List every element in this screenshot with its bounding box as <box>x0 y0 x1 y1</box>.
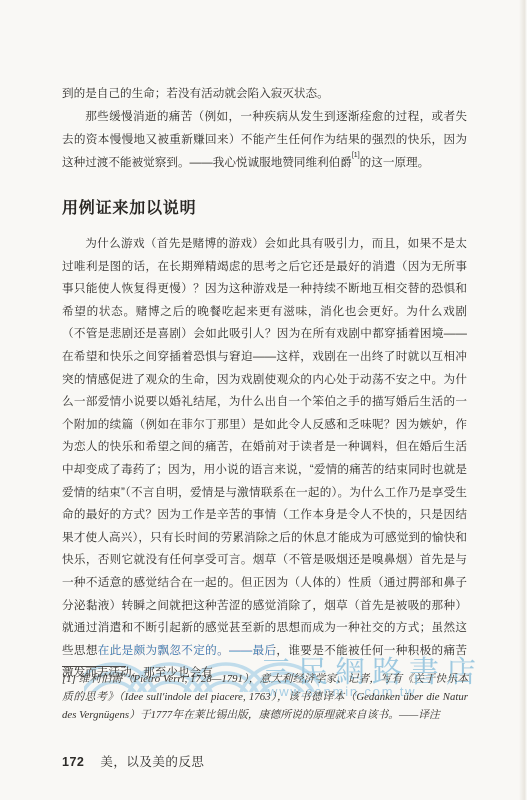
page-footer: 172美，以及美的反思 <box>62 752 204 770</box>
page-number: 172 <box>62 755 84 769</box>
paragraph-slow-pains: 那些缓慢消逝的痛苦（例如，一种疾病从发生到逐渐痊愈的过程，或者失去的资本慢慢地又… <box>62 105 467 174</box>
watermark-url: www.sanmin.com.tw <box>268 684 416 699</box>
top-paragraph-block: 到的是自己的生命；若没有活动就会陷入寂灭状态。 那些缓慢消逝的痛苦（例如，一种疾… <box>62 82 467 174</box>
paragraph-slow-pains-text-end: 的这一原理。 <box>360 156 430 169</box>
section-heading: 用例证来加以说明 <box>62 195 467 218</box>
paragraph-continuation: 到的是自己的生命；若没有活动就会陷入寂灭状态。 <box>62 82 467 105</box>
scanned-book-page: 到的是自己的生命；若没有活动就会陷入寂灭状态。 那些缓慢消逝的痛苦（例如，一种疾… <box>0 0 527 800</box>
book-title: 美，以及美的反思 <box>100 755 204 769</box>
paragraph-examples: 为什么游戏（首先是赌博的游戏）会如此具有吸引力，而且，如果不是太过唯利是图的话，… <box>62 233 467 685</box>
page-edge-shadow <box>519 0 527 800</box>
footnote-reference-mark: [1] <box>352 152 360 159</box>
